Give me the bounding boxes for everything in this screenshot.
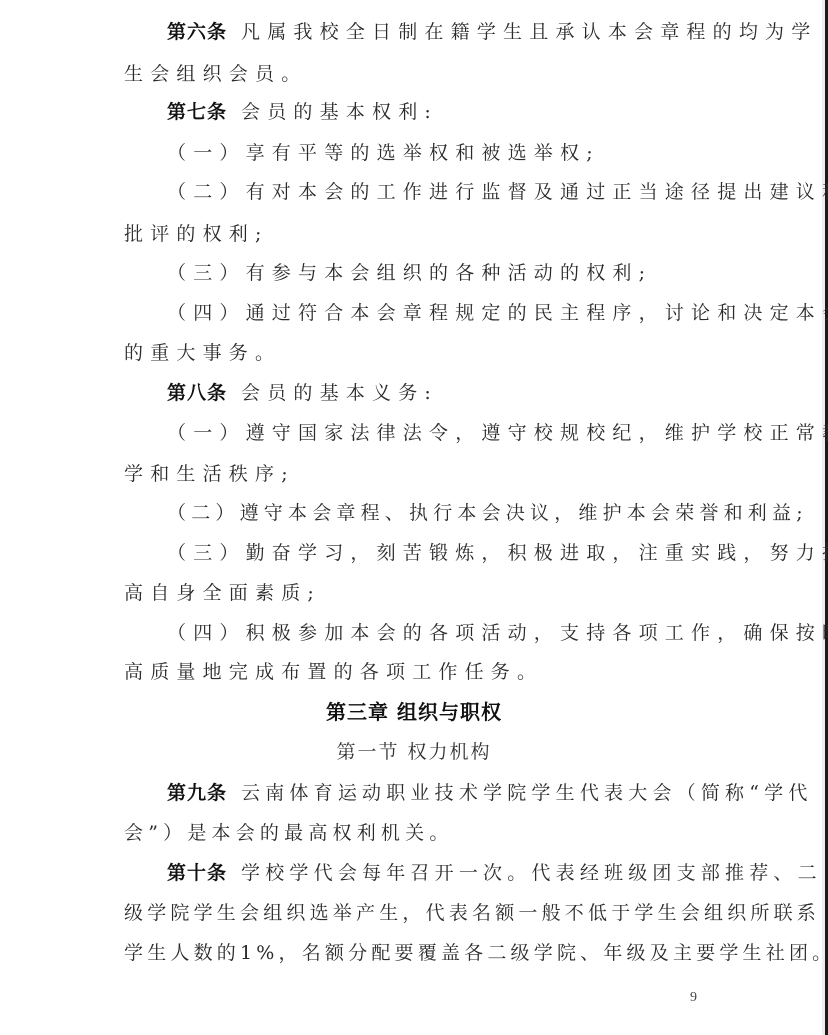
- article-8-item-1-cont: 学和生活秩序;: [124, 459, 704, 489]
- article-8-item-4: （四）积极参加本会的各项活动，支持各项工作，确保按时: [167, 618, 707, 648]
- article-label: 第十条: [167, 862, 227, 884]
- article-8-item-3-cont: 高自身全面素质;: [124, 578, 704, 608]
- article-7-item-2-cont: 批评的权利;: [124, 219, 704, 249]
- article-label: 第八条: [167, 382, 227, 404]
- article-10-line-1: 第十条学校学代会每年召开一次。代表经班级团支部推荐、二: [167, 858, 707, 888]
- article-10-line-2: 级学院学生会组织选举产生，代表名额一般不低于学生会组织所联系: [124, 898, 704, 928]
- chapter-heading: 第三章 组织与职权: [0, 697, 828, 727]
- article-8-item-3: （三）勤奋学习，刻苦锻炼，积极进取，注重实践，努力提: [167, 538, 707, 568]
- article-6-line-1: 第六条凡属我校全日制在籍学生且承认本会章程的均为学: [167, 17, 707, 47]
- article-text: 凡属我校全日制在籍学生且承认本会章程的均为学: [241, 21, 817, 43]
- section-heading: 第一节 权力机构: [0, 737, 828, 767]
- article-10-line-3: 学生人数的1%，名额分配要覆盖各二级学院、年级及主要学生社团。: [124, 938, 704, 968]
- article-text: 学校学代会每年召开一次。代表经班级团支部推荐、二: [241, 862, 822, 884]
- article-label: 第七条: [167, 101, 227, 123]
- article-label: 第九条: [167, 782, 227, 804]
- article-7-item-2: （二）有对本会的工作进行监督及通过正当途径提出建议和: [167, 177, 707, 207]
- article-7-item-3: （三）有参与本会组织的各种活动的权利;: [167, 258, 707, 288]
- page-number: 9: [690, 990, 697, 1006]
- article-7-item-1: （一）享有平等的选举权和被选举权;: [167, 138, 707, 168]
- article-text: 会员的基本义务:: [241, 382, 438, 404]
- article-9-line-2: 会”）是本会的最高权利机关。: [124, 818, 704, 848]
- article-text: 云南体育运动职业技术学院学生代表大会（简称“学代: [241, 782, 813, 804]
- article-6-line-2: 生会组织会员。: [124, 59, 704, 89]
- article-7-item-4-cont: 的重大事务。: [124, 338, 704, 368]
- article-8-item-1: （一）遵守国家法律法令，遵守校规校纪，维护学校正常教: [167, 418, 707, 448]
- article-8-heading: 第八条会员的基本义务:: [167, 378, 707, 408]
- article-7-heading: 第七条会员的基本权利:: [167, 97, 707, 127]
- article-7-item-4: （四）通过符合本会章程规定的民主程序，讨论和决定本会: [167, 298, 707, 328]
- article-9-line-1: 第九条云南体育运动职业技术学院学生代表大会（简称“学代: [167, 778, 707, 808]
- article-label: 第六条: [167, 21, 227, 43]
- article-8-item-2: （二）遵守本会章程、执行本会决议，维护本会荣誉和利益;: [167, 498, 707, 528]
- document-page: 第六条凡属我校全日制在籍学生且承认本会章程的均为学 生会组织会员。 第七条会员的…: [0, 0, 828, 1035]
- article-text: 会员的基本权利:: [241, 101, 438, 123]
- article-8-item-4-cont: 高质量地完成布置的各项工作任务。: [124, 657, 704, 687]
